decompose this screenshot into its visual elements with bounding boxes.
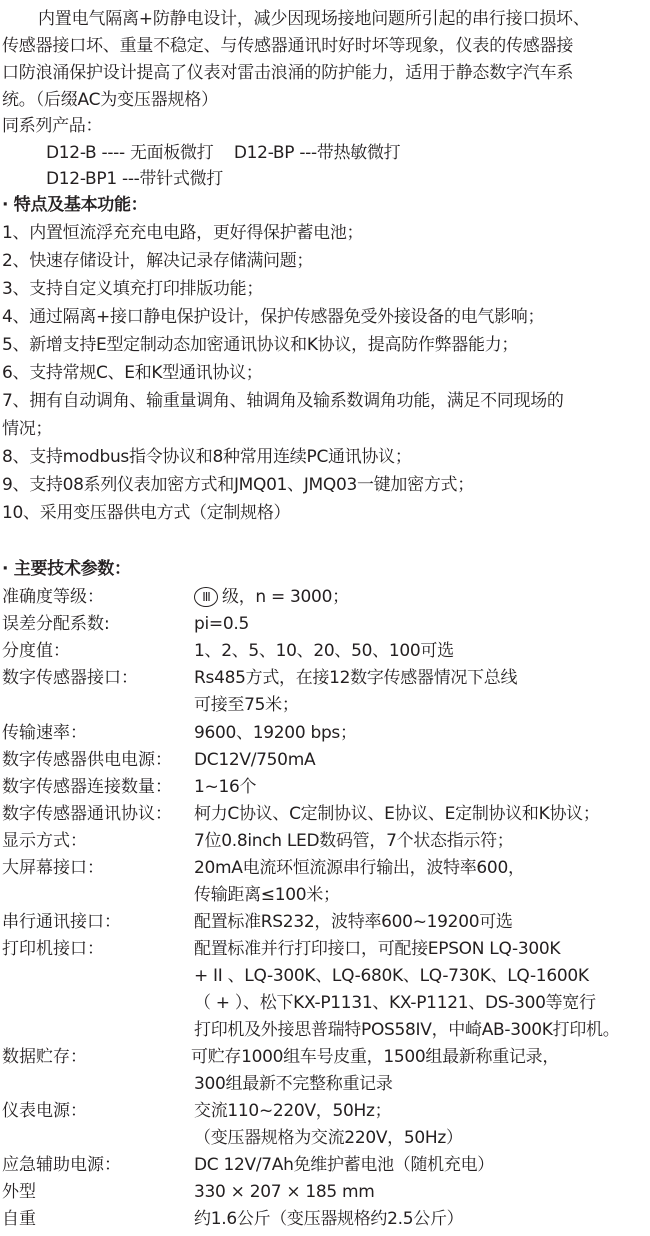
intro-line: 传感器接口坏、重量不稳定、与传感器通讯时好时坏等现象，仪表的传感器接 [2, 35, 573, 57]
spec-value-printer-cont: （ + ）、松下KX-P1131、KX-P1121、DS-300等宽行 [194, 992, 596, 1014]
spec-value-display: 7位0.8inch LED数码管，7个状态指示符； [194, 830, 514, 852]
accuracy-class-symbol: III [194, 587, 218, 607]
series-row: D12-BP1 ---带针式微打 [46, 168, 223, 190]
feature-item: 7、拥有自动调角、输重量调角、轴调角及输系数调角功能，满足不同现场的 [2, 390, 564, 412]
spec-label-power: 仪表电源： [2, 1100, 87, 1122]
spec-value-accuracy: III级，n = 3000； [194, 586, 349, 608]
spec-value-sensor-interface-cont: 可接至75米； [194, 694, 299, 716]
spec-label-big-screen: 大屏幕接口： [2, 857, 104, 879]
spec-value-power: 交流110~220V，50Hz； [194, 1100, 391, 1122]
feature-item: 4、通过隔离+接口静电保护设计，保护传感器免受外接设备的电气影响； [2, 306, 544, 328]
intro-line: 内置电气隔离+防静电设计，减少因现场接地问题所引起的串行接口损坏、 [38, 8, 590, 30]
features-heading: · 特点及基本功能： [2, 194, 147, 216]
intro-line: 口防浪涌保护设计提高了仪表对雷击浪涌的防护能力，适用于静态数字汽车系 [2, 62, 573, 84]
spec-value-sensor-interface: Rs485方式，在接12数字传感器情况下总线 [194, 667, 517, 689]
spec-value-text: 级，n = 3000； [222, 587, 349, 607]
spec-value-sensor-power: DC12V/750mA [194, 749, 315, 771]
spec-value-dimensions: 330 × 207 × 185 mm [194, 1181, 375, 1203]
feature-item: 2、快速存储设计，解决记录存储满问题； [2, 250, 313, 272]
spec-value-weight: 约1.6公斤（变压器规格约2.5公斤） [194, 1208, 463, 1230]
spec-label-accuracy: 准确度等级： [2, 586, 104, 608]
specs-heading: · 主要技术参数： [2, 558, 131, 580]
spec-label-sensor-protocol: 数字传感器通讯协议： [2, 803, 172, 825]
spec-label-dimensions: 外型 [2, 1181, 36, 1203]
spec-value-power-cont: （变压器规格为交流220V，50Hz） [194, 1127, 463, 1149]
spec-value-sensor-protocol: 柯力C协议、C定制协议、E协议、E定制协议和K协议； [194, 803, 600, 825]
spec-label-error: 误差分配系数: [2, 613, 110, 635]
feature-item: 情况； [2, 418, 52, 440]
spec-value-sensor-count: 1~16个 [194, 776, 256, 798]
series-title: 同系列产品： [2, 115, 102, 137]
spec-label-weight: 自重 [2, 1208, 36, 1230]
feature-item: 8、支持modbus指令协议和8种常用连续PC通讯协议； [2, 446, 412, 468]
spec-value-error: pi=0.5 [194, 613, 249, 635]
feature-item: 9、支持08系列仪表加密方式和JMQ01、JMQ03一键加密方式； [2, 474, 474, 496]
series-row: D12-B ---- 无面板微打 D12-BP ---带热敏微打 [46, 142, 400, 164]
feature-item: 1、内置恒流浮充充电电路，更好得保护蓄电池； [2, 222, 363, 244]
feature-item: 10、采用变压器供电方式（定制规格） [2, 502, 290, 524]
spec-value-storage-cont: 300组最新不完整称重记录 [194, 1073, 393, 1095]
spec-value-division: 1、2、5、10、20、50、100可选 [194, 640, 454, 662]
spec-label-sensor-power: 数字传感器供电电源： [2, 749, 172, 771]
spec-label-sensor-count: 数字传感器连接数量： [2, 776, 172, 798]
spec-value-printer: 配置标准并行打印接口，可配接EPSON LQ-300K [194, 938, 560, 960]
spec-label-storage: 数据贮存： [2, 1046, 87, 1068]
spec-label-printer: 打印机接口： [2, 938, 104, 960]
spec-label-display: 显示方式： [2, 830, 87, 852]
spec-value-big-screen-cont: 传输距离≤100米； [194, 884, 340, 906]
spec-value-printer-cont: 打印机及外接思普瑞特POS58IV，中崎AB-300K打印机。 [194, 1019, 619, 1041]
spec-value-storage: 可贮存1000组车号皮重，1500组最新称重记录， [191, 1046, 559, 1068]
spec-value-baud: 9600、19200 bps； [194, 722, 357, 744]
feature-item: 6、支持常规C、E和K型通讯协议； [2, 362, 262, 384]
feature-item: 5、新增支持E型定制动态加密通讯协议和K协议，提高防作弊器能力； [2, 334, 518, 356]
spec-value-serial: 配置标准RS232，波特率600~19200可选 [194, 911, 513, 933]
spec-value-backup-power: DC 12V/7Ah免维护蓄电池（随机充电） [194, 1154, 494, 1176]
spec-label-backup-power: 应急辅助电源： [2, 1154, 121, 1176]
spec-label-baud: 传输速率： [2, 722, 87, 744]
spec-value-printer-cont: + II 、LQ-300K、LQ-680K、LQ-730K、LQ-1600K [194, 965, 589, 987]
feature-item: 3、支持自定义填充打印排版功能； [2, 278, 263, 300]
spec-label-sensor-interface: 数字传感器接口： [2, 667, 138, 689]
spec-label-serial: 串行通讯接口： [2, 911, 121, 933]
spec-value-big-screen: 20mA电流环恒流源串行输出，波特率600， [194, 857, 525, 879]
intro-line: 统。（后缀AC为变压器规格） [2, 89, 218, 111]
spec-label-division: 分度值： [2, 640, 70, 662]
